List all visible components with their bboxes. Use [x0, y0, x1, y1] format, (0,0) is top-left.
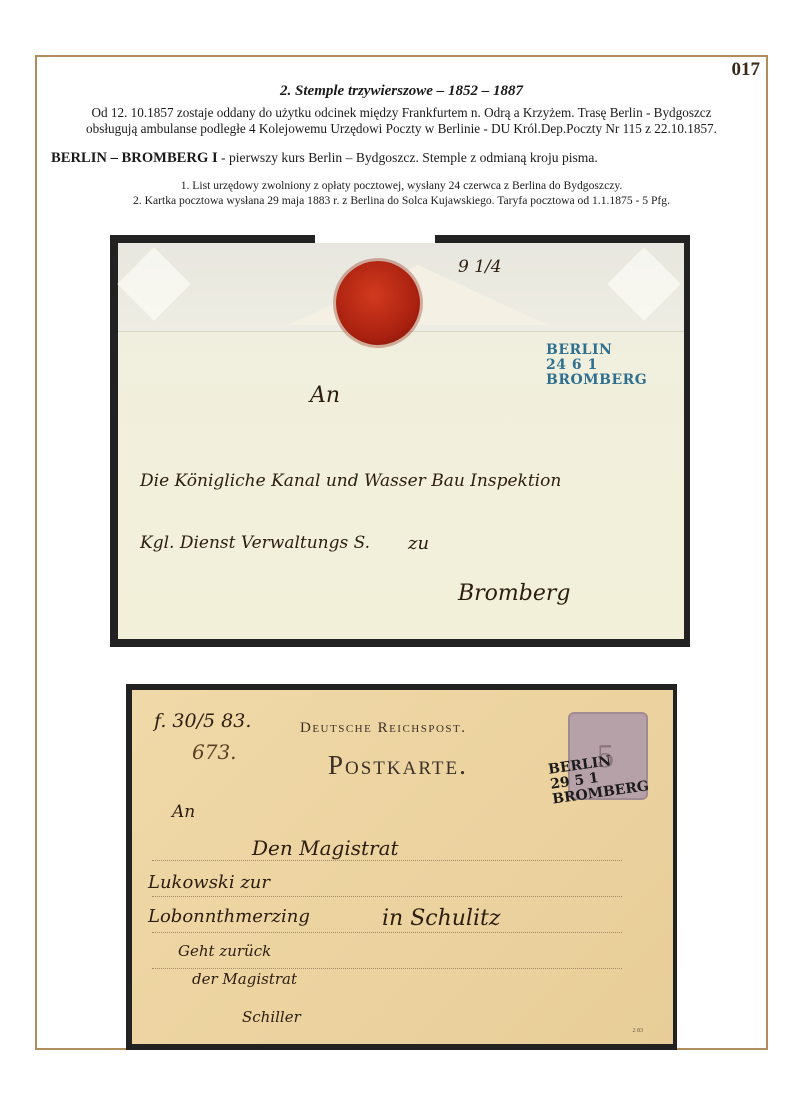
postmark-line: BROMBERG	[546, 373, 647, 388]
route-description: - pierwszy kurs Berlin – Bydgoszcz. Stem…	[218, 150, 598, 165]
address-line: Die Königliche Kanal und Wasser Bau Insp…	[140, 471, 561, 491]
address-line: An	[172, 802, 195, 822]
intro-line: obsługują ambulanse podległe 4 Kolejowem…	[37, 121, 766, 137]
postmark-berlin-bromberg: BERLIN 24 6 1 BROMBERG	[546, 343, 647, 388]
route-name: BERLIN – BROMBERG I	[51, 150, 218, 166]
postmark-date: 24 6 1	[546, 358, 647, 373]
page-number: 017	[732, 59, 761, 81]
official-letter: 9 1/4 BERLIN 24 6 1 BROMBERG An Die Köni…	[118, 243, 684, 639]
note-item-2: 2. Kartka pocztowa wysłana 29 maja 1883 …	[37, 193, 766, 208]
address-line: Kgl. Dienst Verwaltungs S.	[140, 533, 370, 553]
address-dotline	[152, 896, 622, 897]
address-line: Lobonnthmerzing	[148, 906, 310, 927]
signature: Schiller	[242, 1008, 301, 1026]
print-code: 2 83	[633, 1028, 644, 1034]
card-header: Deutsche Reichspost.	[300, 720, 467, 737]
address-dotline	[152, 932, 622, 933]
handwritten-ref: f. 30/5 83.	[154, 710, 251, 732]
intro-line: Od 12. 10.1857 zostaje oddany do użytku …	[37, 105, 766, 121]
address-line: zu	[408, 533, 429, 554]
card-title: Postkarte.	[328, 750, 468, 781]
address-city: in Schulitz	[382, 906, 500, 931]
note-item-1: 1. List urzędowy zwolniony z opłaty pocz…	[37, 178, 766, 193]
wax-seal	[336, 261, 420, 345]
page-title: 2. Stemple trzywierszowe – 1852 – 1887	[37, 83, 766, 100]
address-line: der Magistrat	[192, 970, 297, 988]
address-dotline	[152, 860, 622, 861]
address-line: Geht zurück	[178, 942, 271, 960]
postmark-line: BERLIN	[546, 343, 647, 358]
intro-text: Od 12. 10.1857 zostaje oddany do użytku …	[37, 105, 766, 137]
address-line: Den Magistrat	[252, 836, 399, 860]
item-notes: 1. List urzędowy zwolniony z opłaty pocz…	[37, 178, 766, 208]
postal-card: f. 30/5 83. 673. Deutsche Reichspost. Po…	[132, 690, 673, 1044]
route-heading: BERLIN – BROMBERG I - pierwszy kurs Berl…	[51, 150, 598, 167]
handwritten-number: 673.	[192, 740, 237, 764]
address-city: Bromberg	[458, 581, 571, 606]
flap-note: 9 1/4	[458, 257, 502, 277]
address-line: Lukowski zur	[148, 872, 270, 893]
address-dotline	[152, 968, 622, 969]
address-line: An	[310, 383, 340, 408]
